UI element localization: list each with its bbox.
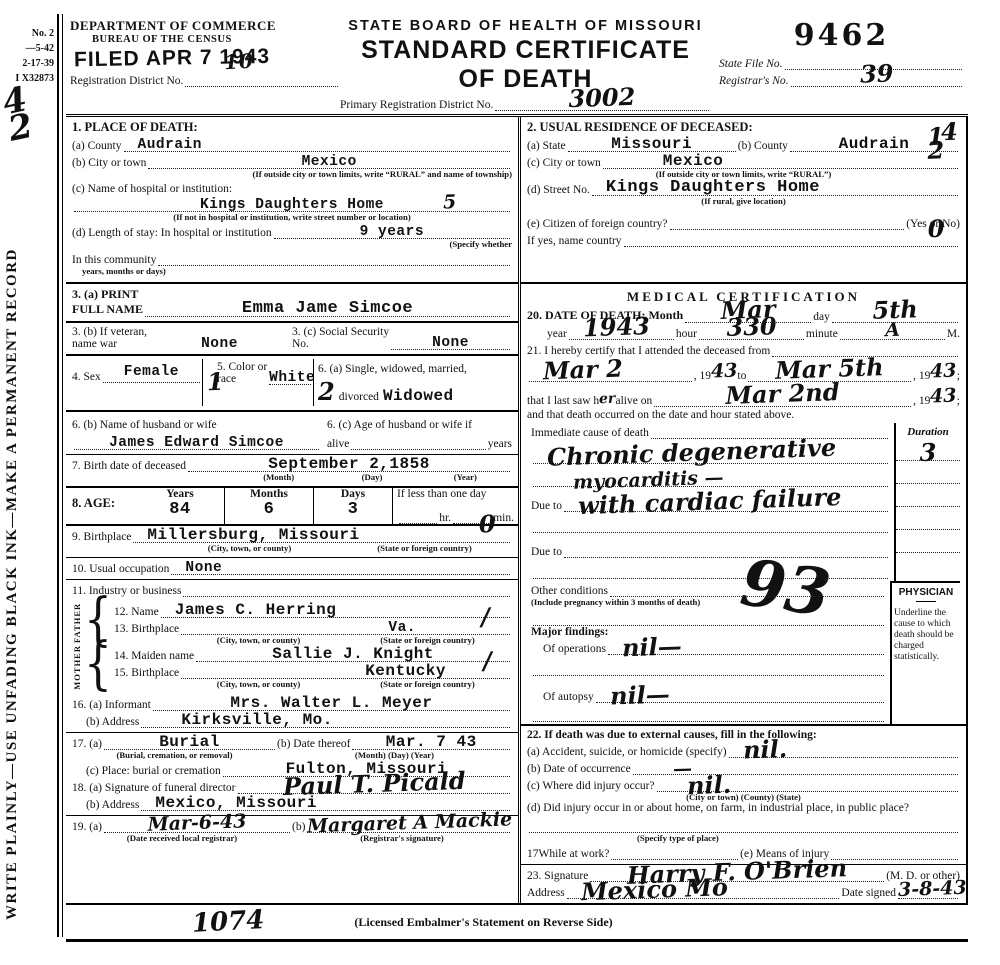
due-to-1-label: Due to — [531, 500, 562, 512]
section-informant: 16. (a) Informant Mrs. Walter L. Meyer (… — [66, 694, 518, 732]
spouse-value: James Edward Simcoe — [74, 435, 319, 451]
duration-column: Duration 3 — [894, 423, 960, 581]
form-note: —5-42 — [0, 41, 54, 56]
mother-hint2: (State or foreign country) — [343, 679, 512, 689]
work-prefix: 17 — [527, 848, 539, 860]
mother-brace: { — [84, 638, 112, 696]
marital-label-line1: 6. (a) Single, widowed, married, — [318, 363, 467, 375]
immediate-cause-label: Immediate cause of death — [531, 427, 649, 439]
age-less-label: If less than one day — [397, 488, 514, 500]
department-line: DEPARTMENT OF COMMERCE — [70, 18, 340, 34]
race-block: 1 5. Color or race White — [202, 359, 313, 406]
section-certifier: 23. Signature Harry F. O'Brien (M. D. or… — [521, 864, 966, 903]
last-saw-er: er — [599, 391, 616, 408]
ssn-field: None — [391, 336, 510, 350]
dod-minute-label: minute — [806, 328, 838, 340]
hospital-handwritten-mark: 5 — [442, 191, 470, 214]
director-address-label: (b) Address — [86, 799, 139, 811]
stay-hint: (Specify whether — [72, 239, 512, 249]
race-label: 5. Color or race — [217, 361, 267, 385]
last-saw-year: 43 — [930, 385, 957, 408]
stay-field: 9 years — [274, 225, 510, 239]
marital-value: Widowed — [383, 387, 454, 405]
birthdate-value: September 2,1858 — [188, 455, 510, 473]
footer-strip: 1074 (Licensed Embalmer's Statement on R… — [66, 905, 968, 942]
ssn-block: 3. (c) Social Security No. None — [292, 326, 512, 350]
city-field: Mexico — [148, 155, 510, 169]
right-column: 4 2. USUAL RESIDENCE OF DECEASED: (a) St… — [521, 117, 968, 903]
filed-date-stamp: FILED APR 7 1943 10 — [74, 44, 340, 73]
ssn-label-line2: No. — [292, 338, 309, 350]
cause-of-death-block: Immediate cause of death Chronic degener… — [527, 423, 894, 581]
registration-district-label: Registration District No. — [70, 75, 183, 87]
dod-day-label: day — [813, 311, 830, 323]
board-title: STATE BOARD OF HEALTH OF MISSOURI — [340, 18, 711, 34]
name-label-line2: FULL NAME — [72, 302, 143, 316]
registrar-sig-field: Margaret A Mackie — [307, 819, 510, 833]
dod-hour-label: hour — [676, 328, 697, 340]
attended-from-field: Mar 2 — [529, 368, 692, 382]
informant-value: Mrs. Walter L. Meyer — [153, 694, 510, 712]
birthdate-hint-month: (Month) — [232, 472, 325, 482]
last-saw-pre: that I last saw h — [527, 395, 599, 407]
mother-birthplace-field: Kentucky / — [181, 665, 510, 679]
form-body: 1. PLACE OF DEATH: (a) County Audrain (b… — [66, 114, 968, 905]
birthdate-hint-day: (Day) — [325, 472, 418, 482]
primary-registration-value: 3002 — [495, 79, 710, 115]
certifier-address-field: Mexico Mo — [567, 885, 840, 899]
veteran-field: None — [149, 337, 290, 350]
father-birthplace-label: 13. Birthplace — [114, 623, 179, 635]
ssn-label-line1: 3. (c) Social Security — [292, 326, 389, 338]
veteran-block: 3. (b) If veteran, name war None — [72, 326, 292, 350]
marital-label-line2: divorced — [339, 391, 379, 403]
date-signed-label: Date signed — [841, 887, 896, 899]
duration-empty-row — [896, 507, 960, 530]
informant-address-field: Kirksville, Mo. — [141, 714, 510, 728]
mother-birthplace-label: 15. Birthplace — [114, 667, 179, 679]
county-value: Audrain — [124, 137, 510, 153]
section-usual-residence: 4 2. USUAL RESIDENCE OF DECEASED: (a) St… — [521, 117, 966, 282]
burial-date-hints: (Month) (Day) (Year) — [277, 750, 512, 760]
section-full-name: 3. (a) PRINT FULL NAME Emma Jame Simcoe — [66, 282, 518, 321]
spouse-label: 6. (b) Name of husband or wife — [72, 419, 217, 431]
form-revision-notes: No. 2 —5-42 2-17-39 I X32873 — [0, 26, 54, 86]
sex-value: Female — [103, 364, 200, 380]
operations-field: nil— — [608, 641, 884, 655]
spouse-age-label-line1: 6. (c) Age of husband or wife if — [327, 419, 472, 431]
registrar-date-field: Mar-6-43 — [104, 819, 290, 833]
header-left: DEPARTMENT OF COMMERCE BUREAU OF THE CEN… — [70, 18, 340, 111]
dod-m-suffix: M. — [947, 328, 960, 340]
certifier-address-label: Address — [527, 887, 565, 899]
registration-district-field — [185, 73, 338, 87]
registrar-no-value: 39 — [790, 56, 962, 91]
director-field: Paul T. Picald — [238, 780, 511, 794]
birthplace-label: 9. Birthplace — [72, 531, 131, 543]
age-months-label: Months — [229, 488, 309, 500]
work-label: While at work? — [539, 848, 610, 860]
injury-label: (d) Did injury occur in or about home, o… — [527, 802, 960, 814]
state-file-label: State File No. — [719, 58, 783, 70]
dod-minute-value: A — [840, 317, 946, 343]
where-label: (c) Where did injury occur? — [527, 780, 655, 792]
dod-minute-field: A — [840, 326, 945, 340]
primary-registration-field: 3002 — [495, 97, 709, 111]
residence-city-label: (c) City or town — [527, 157, 601, 169]
section-burial: 17. (a) Burial (Burial, cremation, or re… — [66, 732, 518, 815]
dod-year-value: 1943 — [568, 310, 674, 343]
sex-field: Female — [103, 369, 200, 383]
section-external-causes: 22. If death was due to external causes,… — [521, 724, 966, 864]
registration-district-row: Registration District No. — [70, 73, 340, 87]
registrar-no-row: Registrar's No. 39 — [719, 73, 964, 87]
section-veteran-ssn: 3. (b) If veteran, name war None 3. (c) … — [66, 321, 518, 354]
physician-box: PHYSICIAN Underline the cause to which d… — [890, 581, 960, 724]
informant-address-value: Kirksville, Mo. — [141, 711, 510, 729]
country-field: 0 — [624, 233, 958, 247]
birthdate-label: 7. Birth date of deceased — [72, 460, 186, 472]
semicolon1: ; — [957, 370, 960, 382]
residence-city-field: Mexico 2 — [603, 155, 958, 169]
informant-label: 16. (a) Informant — [72, 699, 151, 711]
section-industry: 11. Industry or business — [66, 579, 518, 601]
sex-label: 4. Sex — [72, 371, 101, 383]
last-saw-field: Mar 2nd — [654, 393, 911, 407]
registrar-date-block: 19. (a) Mar-6-43 (Date received local re… — [72, 819, 292, 843]
autopsy-line2 — [533, 708, 884, 722]
to-year-value: 43 — [930, 360, 957, 383]
mother-side-label: MOTHER — [72, 645, 84, 690]
burial-type-value: Burial — [104, 733, 275, 751]
duration-label: Duration — [896, 423, 960, 438]
operations-label: Of operations — [543, 643, 606, 655]
birthplace-hint2: (State or foreign country) — [337, 543, 512, 553]
burial-date-value: Mar. 7 43 — [352, 733, 510, 751]
embalmer-note: (Licensed Embalmer's Statement on Revers… — [354, 915, 612, 930]
primary-registration-row: Primary Registration District No. 3002 — [340, 97, 711, 111]
country-label: If yes, name country — [527, 235, 622, 247]
occurred-line: and that death occurred on the date and … — [527, 409, 960, 421]
dod-year-label: year — [547, 328, 567, 340]
place-of-death-title: 1. PLACE OF DEATH: — [72, 120, 512, 135]
section-occupation: 10. Usual occupation None — [66, 557, 518, 579]
duration-empty-row — [896, 484, 960, 507]
section-medical: MEDICAL CERTIFICATION 20. DATE OF DEATH:… — [521, 282, 966, 724]
duration-empty-row — [896, 530, 960, 553]
primary-registration-label: Primary Registration District No. — [340, 99, 493, 111]
sex-block: 4. Sex Female — [72, 359, 202, 406]
section-spouse: 6. (b) Name of husband or wife James Edw… — [66, 410, 518, 454]
age-years-label: Years — [140, 488, 220, 500]
residence-street-value: Kings Daughters Home — [592, 178, 958, 197]
race-field: White — [269, 371, 311, 385]
year-prefix2: , 19 — [913, 370, 930, 382]
registrar-no-label: Registrar's No. — [719, 75, 789, 87]
birthplace-field: Millersburg, Missouri 0 — [133, 529, 510, 543]
city-value: Mexico — [148, 154, 510, 170]
age-label: 8. AGE: — [72, 496, 132, 511]
section-birthdate: 7. Birth date of deceased September 2,18… — [66, 454, 518, 486]
burial-type-block: 17. (a) Burial (Burial, cremation, or re… — [72, 736, 277, 760]
director-address-value: Mexico, Missouri — [141, 794, 510, 812]
father-hint2: (State or foreign country) — [343, 635, 512, 645]
section-sex-race-marital: 4. Sex Female 1 5. Color or race White — [66, 354, 518, 410]
spouse-age-label-line2: alive — [327, 438, 349, 450]
last-saw-post: alive on — [615, 395, 652, 407]
section-registrar: 19. (a) Mar-6-43 (Date received local re… — [66, 815, 518, 847]
community-field — [158, 252, 510, 266]
registrar-no-field: 39 — [791, 73, 962, 87]
race-value: White — [269, 370, 311, 386]
accident-label: (a) Accident, suicide, or homicide (spec… — [527, 746, 727, 758]
veteran-label: 3. (b) If veteran, name war — [72, 326, 147, 350]
attended-from-value: Mar 2 — [529, 351, 693, 386]
industry-field — [183, 583, 510, 597]
physician-divider — [916, 601, 936, 602]
occurrence-label: (b) Date of occurrence — [527, 763, 631, 775]
from-year-value: 43 — [711, 360, 738, 383]
duration-value: 3 — [920, 438, 937, 467]
other-conditions-label: Other conditions — [531, 585, 608, 597]
stay-label: (d) Length of stay: In hospital or insti… — [72, 227, 272, 239]
due-to-2-field — [564, 544, 888, 558]
city-hint: (If outside city or town limits, write “… — [72, 169, 512, 179]
city-label: (b) City or town — [72, 157, 146, 169]
race-handwritten-mark: 1 — [206, 367, 224, 397]
left-column: 1. PLACE OF DEATH: (a) County Audrain (b… — [66, 117, 521, 903]
registrar-sig-block: (b) Margaret A Mackie (Registrar's signa… — [292, 819, 512, 843]
physician-title: PHYSICIAN — [894, 587, 958, 598]
form-note: 2-17-39 — [0, 56, 54, 71]
due-to-1-line2 — [533, 519, 888, 533]
father-row: FATHER { 12. Name James C. Herring 13. B… — [72, 601, 512, 645]
age-days-label: Days — [318, 488, 388, 500]
other-conditions-hint: (Include pregnancy within 3 months of de… — [531, 597, 886, 607]
other-conditions-line2 — [533, 612, 884, 626]
section-place-of-death: 1. PLACE OF DEATH: (a) County Audrain (b… — [66, 117, 518, 282]
year-prefix1: , 19 — [694, 370, 711, 382]
spouse-age-field — [351, 436, 485, 450]
due-to-1-field: with cardiac failure — [564, 498, 888, 512]
date-signed-field: 3-8-43 — [898, 885, 958, 899]
ssn-value: None — [391, 335, 510, 351]
stamp-handwritten-overlay: 10 — [223, 49, 254, 75]
father-name-label: 12. Name — [114, 606, 159, 618]
community-label: In this community — [72, 254, 156, 266]
dod-hour-field: 330 — [699, 326, 804, 340]
autopsy-field: nil— — [596, 689, 884, 703]
marital-block: 6. (a) Single, widowed, married, 2 divor… — [313, 359, 512, 406]
informant-field: Mrs. Walter L. Meyer — [153, 697, 510, 711]
year-prefix3: , 19 — [913, 395, 930, 407]
form-note: No. 2 — [0, 26, 54, 41]
marital-handwritten-mark: 2 — [318, 377, 335, 406]
registrar-date-label: 19. (a) — [72, 821, 102, 833]
veteran-label-line1: 3. (b) If veteran, — [72, 326, 147, 338]
burial-type-label: 17. (a) — [72, 738, 102, 750]
dod-year-field: 1943 — [569, 326, 674, 340]
due-to-2-label: Due to — [531, 546, 562, 558]
ssn-label: 3. (c) Social Security No. — [292, 326, 389, 350]
margin-divider-rule — [57, 14, 63, 937]
community-hint: years, months or days) — [72, 266, 512, 276]
burial-date-label: (b) Date thereof — [277, 738, 350, 750]
certificate-form: DEPARTMENT OF COMMERCE BUREAU OF THE CEN… — [66, 12, 968, 942]
form-header: DEPARTMENT OF COMMERCE BUREAU OF THE CEN… — [66, 12, 968, 111]
father-birthplace-field: Va. / — [181, 621, 510, 635]
county-label: (a) County — [72, 140, 122, 152]
burial-date-field: Mar. 7 43 — [352, 736, 510, 750]
death-certificate-page: No. 2 —5-42 2-17-39 I X32873 4 2 WRITE P… — [0, 0, 1000, 965]
burial-place-label: (c) Place: burial or cremation — [86, 765, 221, 777]
footer-case-number: 1074 — [191, 905, 265, 939]
vertical-instruction-text: WRITE PLAINLY—USE UNFADING BLACK INK—MAK… — [4, 120, 21, 920]
injury-hint: (Specify type of place) — [527, 833, 960, 843]
occupation-value: None — [171, 560, 510, 576]
date-signed-value: 3-8-43 — [898, 877, 959, 901]
burial-date-block: (b) Date thereof Mar. 7 43 (Month) (Day)… — [277, 736, 512, 760]
mother-row: MOTHER { 14. Maiden name Sallie J. Knigh… — [72, 645, 512, 690]
registrar-sig-label: (b) — [292, 821, 305, 833]
race-label-line1: 5. Color or — [217, 361, 267, 373]
occupation-field: None — [171, 561, 510, 575]
due-to-2-line2 — [533, 565, 888, 579]
birthdate-field: September 2,1858 — [188, 458, 510, 472]
where-field: nil. — [657, 778, 958, 792]
birthdate-hint-year: (Year) — [419, 472, 512, 482]
age-years-value: 84 — [140, 500, 220, 519]
spouse-name-block: 6. (b) Name of husband or wife James Edw… — [72, 415, 321, 450]
hospital-hint: (If not in hospital or institution, writ… — [72, 212, 512, 222]
residence-street-field: Kings Daughters Home — [592, 182, 958, 196]
father-side-label: FATHER — [72, 601, 84, 645]
injury-field — [529, 819, 958, 833]
name-label-line1: 3. (a) PRINT — [72, 287, 138, 301]
occupation-label: 10. Usual occupation — [72, 563, 169, 575]
director-address-field: Mexico, Missouri — [141, 797, 510, 811]
director-label: 18. (a) Signature of funeral director — [72, 782, 236, 794]
spouse-age-block: 6. (c) Age of husband or wife if alive y… — [321, 415, 512, 450]
burial-type-hint: (Burial, cremation, or removal) — [72, 750, 277, 760]
dod-hour-value: 330 — [698, 310, 804, 343]
name-field: Emma Jame Simcoe — [145, 303, 510, 317]
header-center: STATE BOARD OF HEALTH OF MISSOURI STANDA… — [340, 18, 711, 111]
residence-street-hint: (If rural, give location) — [527, 196, 960, 206]
findings-block: 93 Other conditions (Include pregnancy w… — [527, 581, 890, 724]
name-value: Emma Jame Simcoe — [145, 299, 510, 318]
name-label: 3. (a) PRINT FULL NAME — [72, 287, 143, 317]
stay-value: 9 years — [274, 224, 510, 240]
spouse-field: James Edward Simcoe — [74, 436, 319, 450]
spouse-age-suffix: years — [488, 438, 512, 450]
county-field: Audrain — [124, 138, 510, 152]
age-label-cell: 8. AGE: — [66, 488, 136, 524]
other-conditions-field — [610, 583, 884, 597]
informant-address-label: (b) Address — [86, 716, 139, 728]
residence-street-label: (d) Street No. — [527, 184, 590, 196]
hospital-label: (c) Name of hospital or institution: — [72, 183, 232, 195]
veteran-label-line2: name war — [72, 338, 117, 350]
certificate-number: 9462 — [719, 18, 964, 53]
semicolon2: ; — [957, 395, 960, 407]
autopsy-label: Of autopsy — [543, 691, 594, 703]
hospital-field: Kings Daughters Home 5 — [74, 198, 510, 212]
veteran-value: None — [149, 336, 290, 352]
physician-note: Underline the cause to which death shoul… — [894, 608, 958, 663]
section-parents: FATHER { 12. Name James C. Herring 13. B… — [66, 601, 518, 694]
residence-state-label: (a) State — [527, 140, 566, 152]
burial-type-field: Burial — [104, 736, 275, 750]
header-right: 9462 State File No. Registrar's No. 39 — [711, 18, 964, 111]
section-birthplace: 9. Birthplace Millersburg, Missouri 0 (C… — [66, 524, 518, 557]
